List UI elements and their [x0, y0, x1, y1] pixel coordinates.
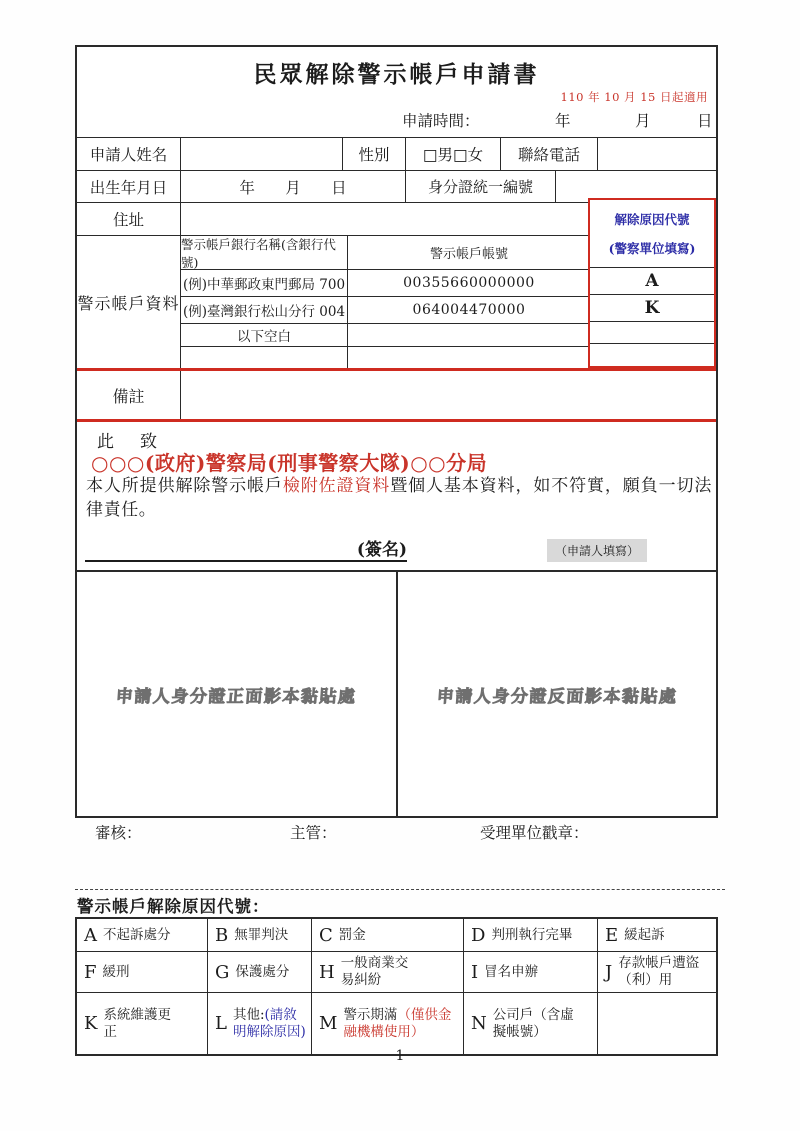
code-text: 系統維護更正: [103, 1007, 181, 1041]
dob-field[interactable]: 年 月 日: [180, 171, 405, 202]
code-letter: B: [215, 925, 228, 946]
code-letter: I: [471, 962, 478, 983]
applicant-name-field[interactable]: [180, 138, 342, 170]
account-number-field-3[interactable]: [347, 324, 590, 346]
code-text: 冒名申辦: [484, 964, 594, 981]
code-row-1: A 不起訴處分 B 無罪判決 C 罰金 D 判刑執行完畢 E 緩起訴: [77, 919, 716, 951]
reason-box-title: 解除原因代號: [614, 210, 689, 228]
code-text: 無罪判決: [234, 927, 308, 944]
form-title: 民眾解除警示帳戶申請書: [77, 56, 716, 89]
code-text: 保護處分: [235, 964, 308, 981]
code-cell-M: M 警示期滿（僅供金融機構使用）: [311, 993, 463, 1054]
account-number-example-2: 064004470000: [347, 297, 590, 323]
code-text: 一般商業交易糾紛: [341, 955, 417, 989]
review-label: 審核：: [95, 821, 142, 843]
code-cell-I: I 冒名申辦: [463, 952, 597, 992]
dob-label: 出生年月日: [77, 171, 180, 202]
code-cell-A: A 不起訴處分: [77, 919, 207, 951]
code-text-black: 其他:: [233, 1007, 265, 1023]
reason-box-header: 解除原因代號 (警察單位填寫): [590, 200, 714, 267]
id-number-label: 身分證統一編號: [405, 171, 555, 202]
code-text: 緩起訴: [624, 927, 713, 944]
code-cell-D: D 判刑執行完畢: [463, 919, 597, 951]
remark-row: 備註: [77, 368, 716, 422]
code-row-2: F 緩刑 G 保護處分 H 一般商業交易糾紛 I 冒名申辦 J 存款帳戶遭盜（利…: [77, 951, 716, 992]
code-letter: N: [471, 1013, 487, 1034]
signature-label: (簽名): [357, 535, 407, 560]
id-front-watermark: 申請人身分證正面影本黏貼處: [115, 682, 357, 707]
id-front-paste-area: 申請人身分證正面影本黏貼處: [77, 572, 396, 816]
code-text: 罰金: [339, 927, 460, 944]
dob-month-label: 月: [285, 176, 301, 198]
code-cell-F: F 緩刑: [77, 952, 207, 992]
reason-code-cell-3: [590, 321, 714, 343]
reason-code-cell-1: A: [590, 267, 714, 294]
remark-field[interactable]: [180, 371, 716, 419]
dob-day-label: 日: [331, 176, 347, 198]
address-field[interactable]: [180, 203, 590, 235]
gender-checkboxes[interactable]: □男□女: [405, 138, 500, 170]
blank-below-note: 以下空白: [180, 324, 347, 346]
code-cell-L: L 其他:(請敘明解除原因): [207, 993, 311, 1054]
reason-code-cell-4: [590, 343, 714, 366]
code-letter: G: [215, 962, 229, 983]
code-cell-empty: [597, 993, 716, 1054]
code-cell-N: N 公司戶（含虛擬帳號）: [463, 993, 597, 1054]
remark-label: 備註: [77, 371, 180, 419]
account-number-example-1: 00355660000000: [347, 270, 590, 296]
bank-name-example-1: (例)中華郵政東門郵局 700: [180, 270, 347, 296]
code-text: 公司戶（含虛擬帳號）: [493, 1007, 575, 1041]
apply-time-year-label: 年: [555, 109, 571, 131]
signature-line[interactable]: (簽名): [85, 534, 407, 562]
bank-name-example-2: (例)臺灣銀行松山分行 004: [180, 297, 347, 323]
code-text: 存款帳戶遭盜（利）用: [618, 955, 713, 989]
code-letter: H: [319, 962, 335, 983]
code-cell-K: K 系統維護更正: [77, 993, 207, 1054]
id-back-paste-area: 申請人身分證反面影本黏貼處: [396, 572, 717, 816]
code-cell-H: H 一般商業交易糾紛: [311, 952, 463, 992]
code-text: 其他:(請敘明解除原因): [233, 1007, 308, 1041]
code-letter: C: [319, 925, 333, 946]
code-cell-G: G 保護處分: [207, 952, 311, 992]
declaration-body-red: 檢附佐證資料: [283, 476, 390, 496]
code-text-black: 警示期滿: [343, 1007, 397, 1023]
id-copy-paste-section: 申請人身分證正面影本黏貼處 申請人身分證反面影本黏貼處: [77, 570, 716, 816]
apply-time-month-label: 月: [635, 109, 651, 131]
applicant-name-row: 申請人姓名 性別 □男□女 聯絡電話: [77, 137, 716, 170]
id-back-watermark: 申請人身分證反面影本黏貼處: [436, 682, 678, 707]
alert-account-section-label: 警示帳戶資料: [77, 236, 180, 368]
account-number-field-4[interactable]: [347, 347, 590, 368]
code-row-3: K 系統維護更正 L 其他:(請敘明解除原因) M 警示期滿（僅供金融機構使用）…: [77, 992, 716, 1054]
dob-year-label: 年: [239, 176, 255, 198]
code-cell-J: J 存款帳戶遭盜（利）用: [597, 952, 716, 992]
code-cell-B: B 無罪判決: [207, 919, 311, 951]
form-header: 民眾解除警示帳戶申請書 110 年 10 月 15 日起適用 申請時間： 年 月…: [77, 47, 716, 137]
police-org-line: ○○○(政府)警察局(刑事警察大隊)○○分局: [91, 447, 487, 476]
code-letter: M: [319, 1013, 337, 1034]
bank-name-column-header: 警示帳戶銀行名稱(含銀行代號): [180, 236, 347, 269]
code-letter: K: [84, 1013, 97, 1034]
code-letter: E: [605, 925, 618, 946]
declaration-section: 此致 ○○○(政府)警察局(刑事警察大隊)○○分局 本人所提供解除警示帳戶檢附佐…: [77, 422, 716, 570]
code-letter: D: [471, 925, 485, 946]
application-form-page: 民眾解除警示帳戶申請書 110 年 10 月 15 日起適用 申請時間： 年 月…: [0, 0, 800, 1131]
applicant-fill-note: （申請人填寫）: [547, 539, 647, 562]
page-number: 1: [0, 1048, 800, 1064]
apply-time-day-label: 日: [697, 109, 713, 131]
dashed-separator: [75, 889, 725, 890]
code-text: 不起訴處分: [103, 927, 204, 944]
code-text: 判刑執行完畢: [491, 927, 594, 944]
code-cell-E: E 緩起訴: [597, 919, 716, 951]
phone-field[interactable]: [597, 138, 716, 170]
code-text: 緩刑: [103, 964, 205, 981]
main-form-table: 民眾解除警示帳戶申請書 110 年 10 月 15 日起適用 申請時間： 年 月…: [75, 45, 718, 818]
applicant-name-label: 申請人姓名: [77, 138, 180, 170]
apply-time-label: 申請時間：: [402, 109, 480, 131]
reason-code-legend-table: A 不起訴處分 B 無罪判決 C 罰金 D 判刑執行完畢 E 緩起訴 F: [75, 917, 718, 1056]
address-label: 住址: [77, 203, 180, 235]
release-reason-code-box: 解除原因代號 (警察單位填寫) A K: [588, 198, 716, 368]
code-letter: J: [605, 962, 612, 983]
stamp-label: 受理單位戳章：: [480, 821, 589, 843]
supervisor-label: 主管：: [290, 821, 337, 843]
effective-date-note: 110 年 10 月 15 日起適用: [561, 89, 709, 105]
account-number-column-header: 警示帳戶帳號: [347, 236, 590, 269]
codes-section-heading: 警示帳戶解除原因代號：: [77, 893, 270, 917]
code-cell-C: C 罰金: [311, 919, 463, 951]
code-letter: A: [84, 925, 97, 946]
reason-code-cell-2: K: [590, 294, 714, 321]
bank-name-field-4[interactable]: [180, 347, 347, 368]
declaration-body-pre: 本人所提供解除警示帳戶: [86, 476, 283, 496]
code-letter: L: [215, 1013, 227, 1034]
declaration-body: 本人所提供解除警示帳戶檢附佐證資料暨個人基本資料，如不符實，願負一切法律責任。: [86, 474, 712, 522]
code-text: 警示期滿（僅供金融機構使用）: [343, 1007, 460, 1041]
reason-box-subtitle: (警察單位填寫): [609, 239, 696, 257]
phone-label: 聯絡電話: [500, 138, 597, 170]
code-letter: F: [84, 962, 97, 983]
gender-label: 性別: [342, 138, 405, 170]
